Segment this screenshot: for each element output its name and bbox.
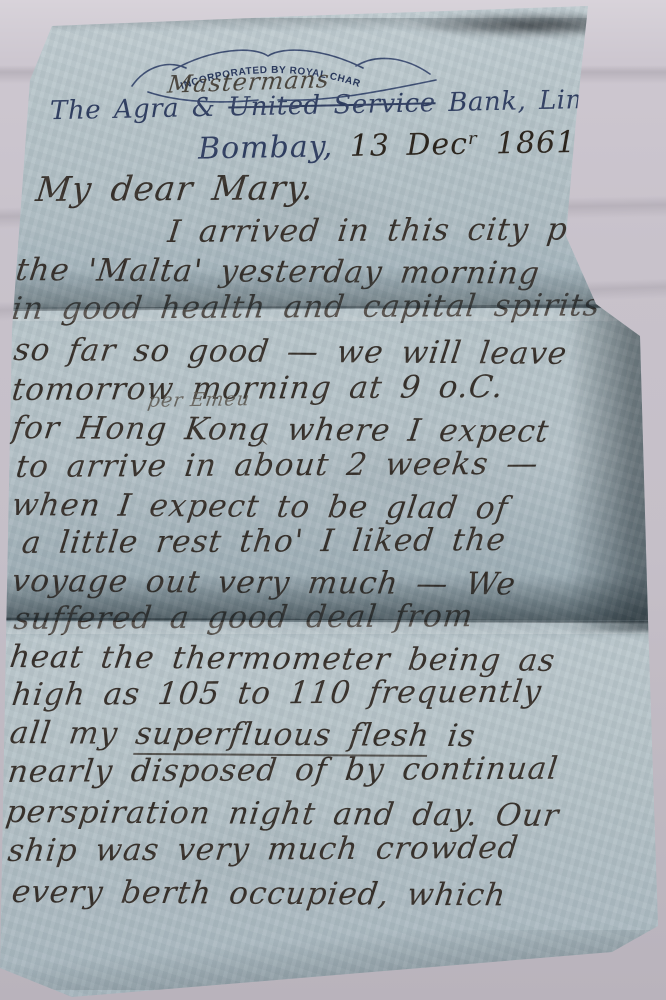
handwritten-line: high as 105 to 110 frequently: [10, 674, 544, 713]
bank-name-prefix: The Agra &: [50, 93, 216, 126]
handwritten-line-underlined: all my superfluous flesh is: [8, 715, 478, 754]
interline-ship-note: per Emeu: [146, 388, 251, 412]
salutation: My dear Mary.: [34, 168, 317, 210]
handwritten-line: I arrived in this city per: [166, 211, 605, 250]
handwritten-line: nearly disposed of by continual: [6, 751, 561, 790]
bank-name-struck-words: United Service: [228, 88, 436, 122]
fold-shadow: [0, 574, 666, 620]
dateline-place: Bombay,: [198, 129, 334, 166]
handwritten-line: tomorrow morning at 9 o.C.: [10, 369, 506, 408]
photograph-of-letter: INCORPORATED BY ROYAL CHARTER. Masterman…: [0, 0, 666, 1000]
handwritten-line: when I expect to be glad of: [10, 487, 511, 526]
letter-sheet: INCORPORATED BY ROYAL CHARTER. Masterman…: [0, 0, 666, 1000]
handwritten-line: a little rest tho' I liked the: [20, 522, 508, 561]
flesh-line-post: is: [427, 718, 477, 754]
handwritten-line: for Hong Kong where I expect: [10, 410, 552, 450]
handwritten-line: perspiration night and day. Our: [4, 794, 562, 834]
dateline-date: 13 Decʳ 1861—: [349, 124, 607, 163]
handwritten-line: heat the thermometer being as: [8, 639, 558, 679]
handwritten-line: to arrive in about 2 weeks —: [14, 446, 541, 485]
handwritten-line: so far so good — we will leave: [12, 332, 570, 372]
fold-highlight: [0, 622, 666, 634]
handwritten-line: ship was very much crowded: [6, 830, 521, 869]
handwritten-line: every berth occupied, which: [10, 874, 509, 913]
fold-shadow: [0, 268, 666, 308]
dateline: Bombay, 13 Decʳ 1861—: [198, 124, 608, 166]
fold-highlight: [0, 309, 666, 321]
flesh-line-pre: all my: [8, 715, 138, 752]
